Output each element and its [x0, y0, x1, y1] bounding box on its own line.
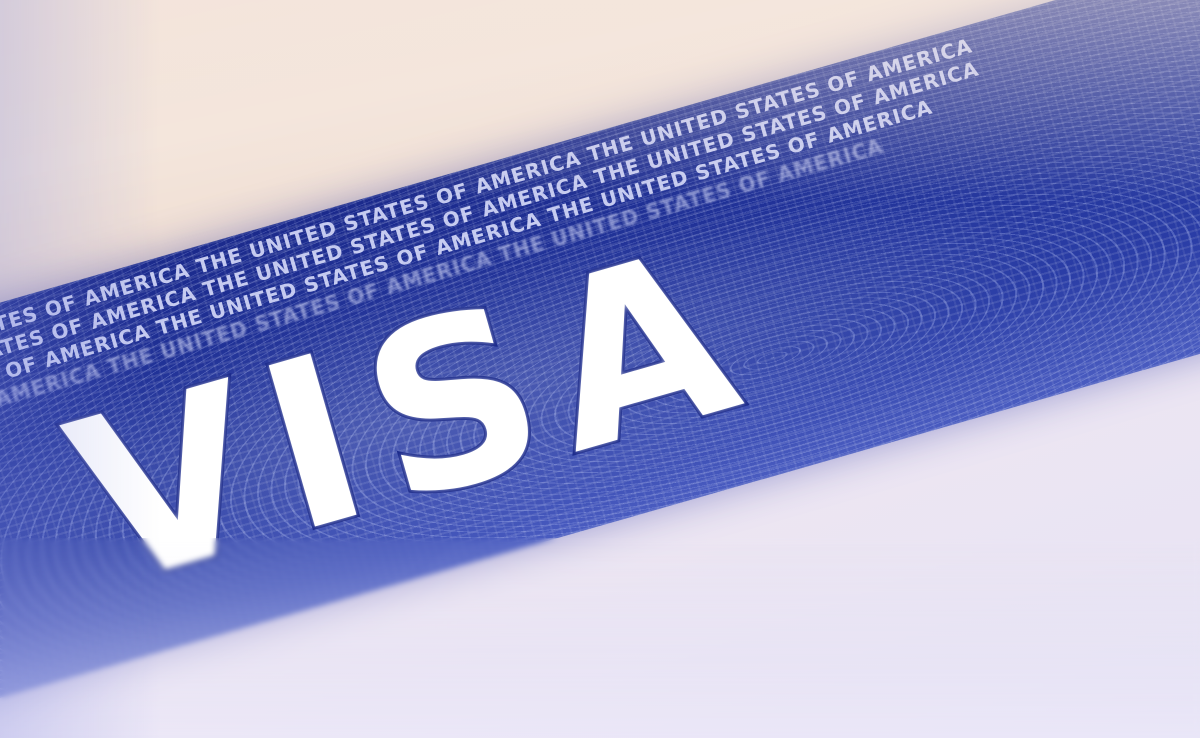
depth-of-field-blur-bottom: [0, 538, 1200, 738]
visa-photo: THE UNITED STATES OF AMERICA THE UNITED …: [0, 0, 1200, 738]
vignette: [0, 0, 160, 738]
depth-of-field-blur-top: [0, 0, 1200, 200]
